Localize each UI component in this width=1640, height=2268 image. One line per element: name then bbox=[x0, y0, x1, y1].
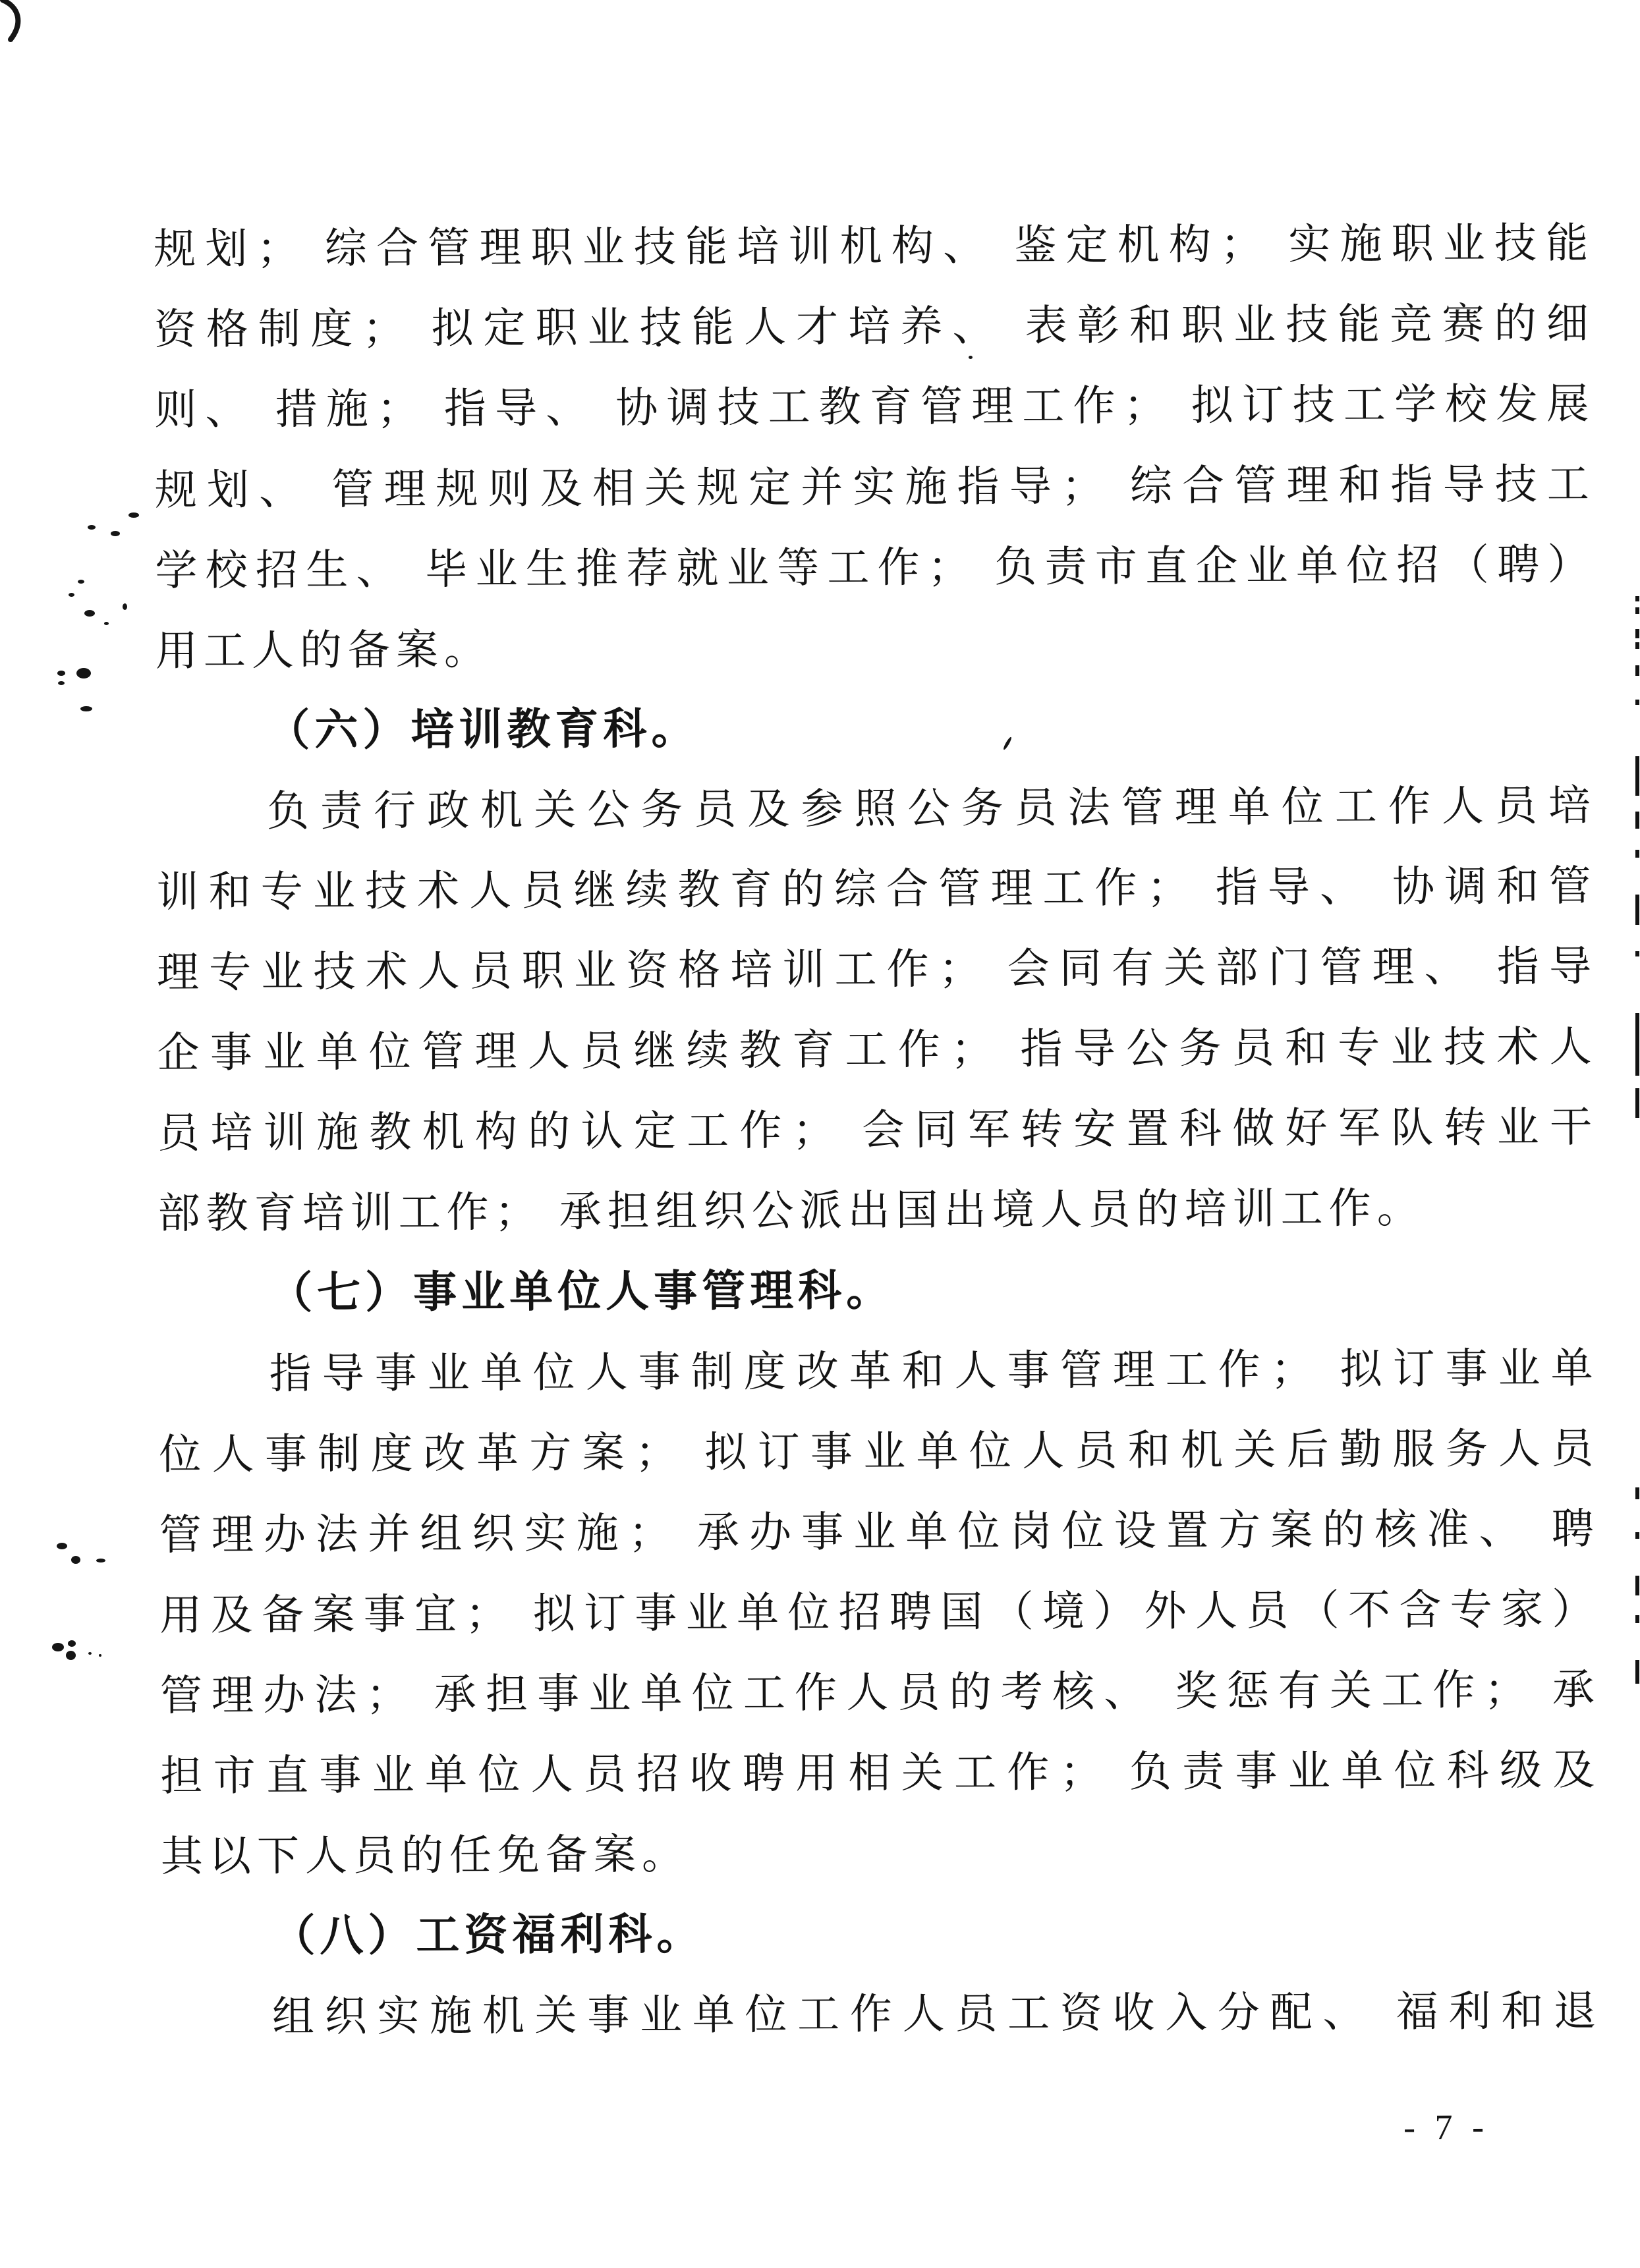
scan-edge-dash bbox=[1635, 895, 1639, 925]
scan-speck bbox=[69, 593, 74, 597]
text-line: 规划、 管理规则及相关规定并实施指导； 综合管理和指导技工 bbox=[155, 444, 1596, 531]
scan-edge-dash bbox=[1635, 850, 1639, 858]
scan-speck bbox=[68, 1640, 76, 1647]
text-line: 员培训施教机构的认定工作； 会同军转安置科做好军队转业干 bbox=[157, 1087, 1598, 1174]
scan-speck bbox=[104, 622, 109, 625]
scan-edge-dash bbox=[1635, 1088, 1639, 1118]
scan-speck bbox=[57, 671, 65, 676]
text-line: 训和专业技术人员继续教育的综合管理工作； 指导、 协调和管 bbox=[156, 846, 1597, 933]
scan-speck bbox=[123, 603, 127, 610]
scan-speck bbox=[96, 1559, 105, 1563]
text-line: 部教育培训工作； 承担组织公派出国出境人员的培训工作。 bbox=[157, 1167, 1598, 1254]
text-line: 管理办法； 承担事业单位工作人员的考核、 奖惩有关工作； 承 bbox=[160, 1649, 1601, 1736]
scan-speck bbox=[111, 531, 120, 536]
scan-edge-dash bbox=[1635, 1013, 1639, 1076]
section-heading: （七）事业单位人事管理科。 bbox=[158, 1248, 1599, 1335]
scan-speck bbox=[78, 580, 84, 584]
section-heading: （八）工资福利科。 bbox=[161, 1891, 1602, 1978]
scan-artifact-corner-mark bbox=[0, 0, 34, 46]
text-line: 位人事制度改革方案； 拟订事业单位人员和机关后勤服务人员 bbox=[159, 1408, 1600, 1495]
text-line: 指导事业单位人事制度改革和人事管理工作； 拟订事业单 bbox=[158, 1328, 1599, 1415]
text-line: 管理办法并组织实施； 承办事业单位岗位设置方案的核准、 聘 bbox=[159, 1489, 1600, 1576]
text-line: 理专业技术人员职业资格培训工作； 会同有关部门管理、 指导 bbox=[157, 926, 1598, 1013]
text-line: 组织实施机关事业单位工作人员工资收入分配、 福利和退 bbox=[161, 1971, 1602, 2058]
scan-edge-dash bbox=[1635, 1576, 1639, 1595]
scan-speck bbox=[58, 681, 65, 685]
scan-speck bbox=[88, 525, 96, 530]
scan-edge-dash bbox=[1635, 1487, 1639, 1499]
scan-speck bbox=[969, 356, 973, 359]
scan-speck bbox=[57, 1543, 67, 1549]
text-line: 担市直事业单位人员招收聘用相关工作； 负责事业单位科级及 bbox=[160, 1730, 1601, 1817]
text-line: 用及备案事宜； 拟订事业单位招聘国（境）外人员（不含专家） bbox=[159, 1569, 1600, 1656]
scan-edge-dash bbox=[1635, 607, 1639, 614]
text-line: 企事业单位管理人员继续教育工作； 指导公务员和专业技术人 bbox=[157, 1007, 1598, 1093]
scan-edge-dash bbox=[1635, 642, 1639, 649]
page-number: - 7 - bbox=[1403, 2107, 1489, 2148]
text-line: 用工人的备案。 bbox=[156, 605, 1597, 692]
text-line: 其以下人员的任免备案。 bbox=[161, 1810, 1602, 1897]
scan-edge-dash bbox=[1635, 665, 1639, 676]
scan-speck bbox=[76, 668, 91, 678]
section-heading: （六）培训教育科。 bbox=[156, 685, 1597, 772]
scan-edge-dash bbox=[1635, 951, 1639, 956]
text-line: 资格制度； 拟定职业技能人才培养、 表彰和职业技能竞赛的细 bbox=[154, 283, 1595, 370]
document-text: 规划； 综合管理职业技能培训机构、 鉴定机构； 实施职业技能 资格制度； 拟定职… bbox=[154, 203, 1602, 2058]
scan-edge-dash bbox=[1635, 596, 1639, 601]
scan-edge-dash bbox=[1635, 629, 1639, 638]
text-line: 学校招生、 毕业生推荐就业等工作； 负责市直企业单位招（聘） bbox=[155, 524, 1596, 611]
scan-speck bbox=[71, 1556, 80, 1564]
scan-edge-dash bbox=[1635, 1660, 1639, 1684]
text-line: 规划； 综合管理职业技能培训机构、 鉴定机构； 实施职业技能 bbox=[154, 203, 1595, 290]
scan-edge-dash bbox=[1635, 756, 1639, 796]
scan-edge-dash bbox=[1635, 812, 1639, 829]
scan-speck bbox=[656, 343, 661, 346]
scan-edge-dash bbox=[1635, 1532, 1639, 1539]
scan-speck bbox=[88, 1652, 92, 1655]
scan-speck bbox=[52, 1643, 64, 1651]
text-line: 负责行政机关公务员及参照公务员法管理单位工作人员培 bbox=[156, 765, 1597, 852]
scan-speck bbox=[84, 610, 95, 617]
scan-edge-dash bbox=[1635, 1615, 1639, 1623]
scan-speck bbox=[99, 1654, 101, 1657]
scan-speck bbox=[66, 1651, 76, 1660]
text-line: 则、 措施； 指导、 协调技工教育管理工作； 拟订技工学校发展 bbox=[154, 364, 1595, 451]
scan-speck bbox=[128, 512, 139, 518]
scan-speck bbox=[80, 706, 92, 711]
scan-edge-dash bbox=[1635, 700, 1639, 705]
